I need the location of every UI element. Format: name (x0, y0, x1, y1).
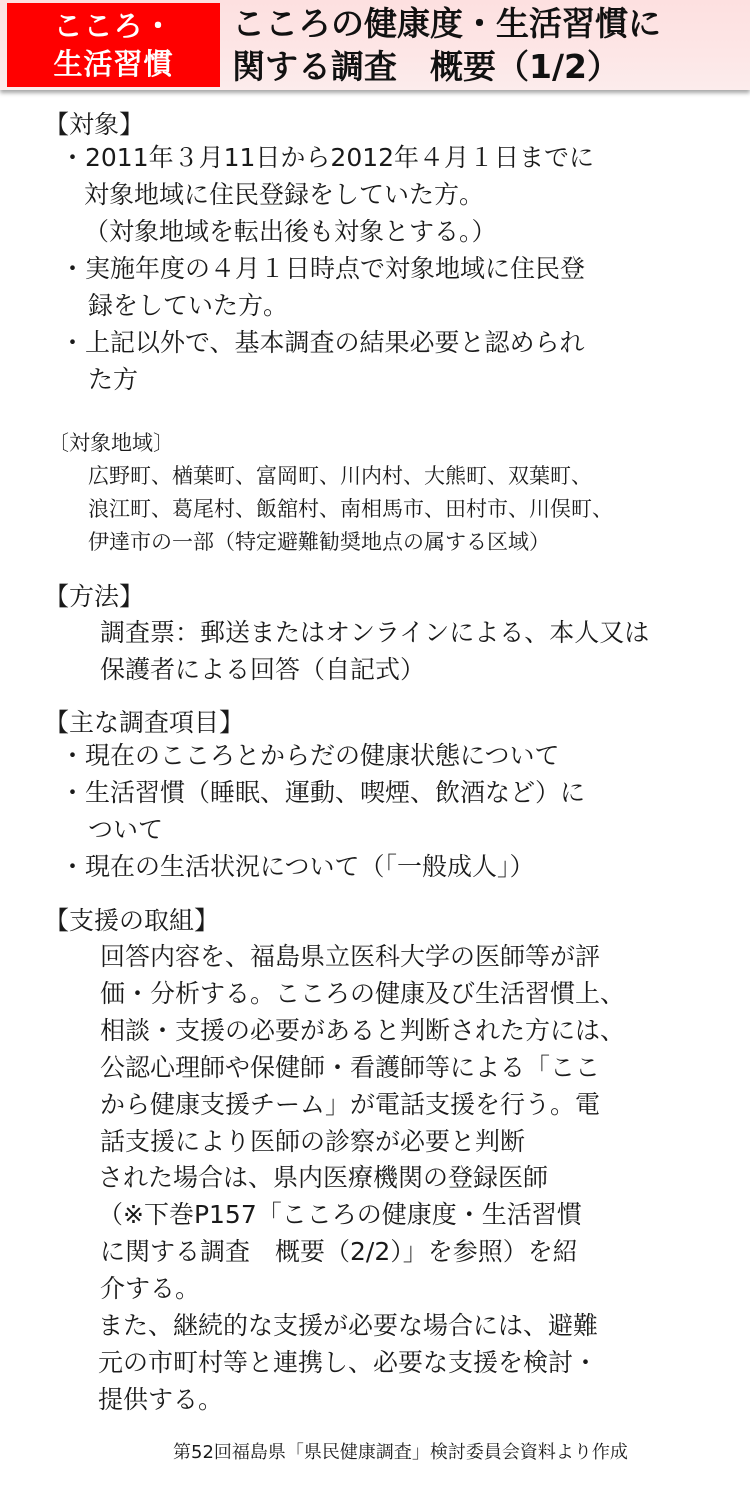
target-line: （対象地域を転出後も対象とする。） (84, 215, 497, 249)
survey-item-line: ついて (88, 813, 163, 847)
section-heading-survey-items: 【主な調査項目】 (44, 706, 244, 740)
support-line: 回答内容を、福島県立医科大学の医師等が評 (100, 940, 600, 974)
section-heading-target: 【対象】 (44, 108, 144, 142)
survey-item-line: ・現在のこころとからだの健康状態について (60, 739, 560, 773)
page-header: こころ・ 生活習慣 こころの健康度・生活習慣に 関する調査 概要（1/2） (0, 0, 750, 90)
support-line: された場合は、県内医療機関の登録医師 (98, 1161, 548, 1195)
page-title-line2: 関する調査 概要（1/2） (232, 45, 747, 88)
section-heading-support: 【支援の取組】 (44, 904, 219, 938)
target-line: ・上記以外で、基本調査の結果必要と認められ (60, 326, 585, 360)
target-line: た方 (88, 363, 138, 397)
category-tag: こころ・ 生活習慣 (7, 3, 220, 87)
target-line: ・2011年３月11日から2012年４月１日までに (60, 141, 594, 175)
support-line: また、継続的な支援が必要な場合には、避難 (98, 1309, 598, 1343)
support-line: 公認心理師や保健師・看護師等による「ここ (100, 1051, 600, 1085)
method-line: 保護者による回答（自記式） (100, 653, 425, 687)
region-line: 広野町、楢葉町、富岡町、川内村、大熊町、双葉町、 (88, 461, 592, 492)
support-line: 相談・支援の必要があると判断された方には、 (100, 1014, 625, 1048)
category-tag-line1: こころ・ (53, 7, 173, 45)
section-heading-method: 【方法】 (44, 580, 144, 614)
source-note: 第52回福島県「県民健康調査」検討委員会資料より作成 (173, 1441, 628, 1465)
support-line: （※下巻P157「こころの健康度・生活習慣 (98, 1198, 582, 1232)
region-line: 浪江町、葛尾村、飯舘村、南相馬市、田村市、川俣町、 (88, 494, 613, 525)
section-heading-regions: 〔対象地域〕 (48, 428, 174, 459)
support-line: に関する調査 概要（2/2）」を参照）を紹 (100, 1235, 578, 1269)
method-line: 調査票：郵送またはオンラインによる、本人又は (100, 616, 649, 650)
category-tag-line2: 生活習慣 (53, 45, 173, 83)
target-line: 対象地域に住民登録をしていた方。 (84, 178, 484, 212)
support-line: 提供する。 (98, 1383, 223, 1417)
survey-item-line: ・生活習慣（睡眠、運動、喫煙、飲酒など）に (60, 776, 585, 810)
page-title: こころの健康度・生活習慣に 関する調査 概要（1/2） (232, 2, 747, 88)
support-line: 元の市町村等と連携し、必要な支援を検討・ (98, 1346, 598, 1380)
survey-item-line: ・現在の生活状況について（「一般成人」） (60, 850, 535, 884)
support-line: から健康支援チーム」が電話支援を行う。電 (100, 1088, 600, 1122)
target-line: ・実施年度の４月１日時点で対象地域に住民登 (60, 252, 585, 286)
support-line: 価・分析する。こころの健康及び生活習慣上、 (100, 977, 625, 1011)
page-title-line1: こころの健康度・生活習慣に (232, 2, 747, 45)
support-line: 話支援により医師の診察が必要と判断 (100, 1125, 525, 1159)
support-line: 介する。 (100, 1272, 200, 1306)
target-line: 録をしていた方。 (88, 289, 288, 323)
region-line: 伊達市の一部（特定避難勧奨地点の属する区域） (88, 527, 550, 558)
